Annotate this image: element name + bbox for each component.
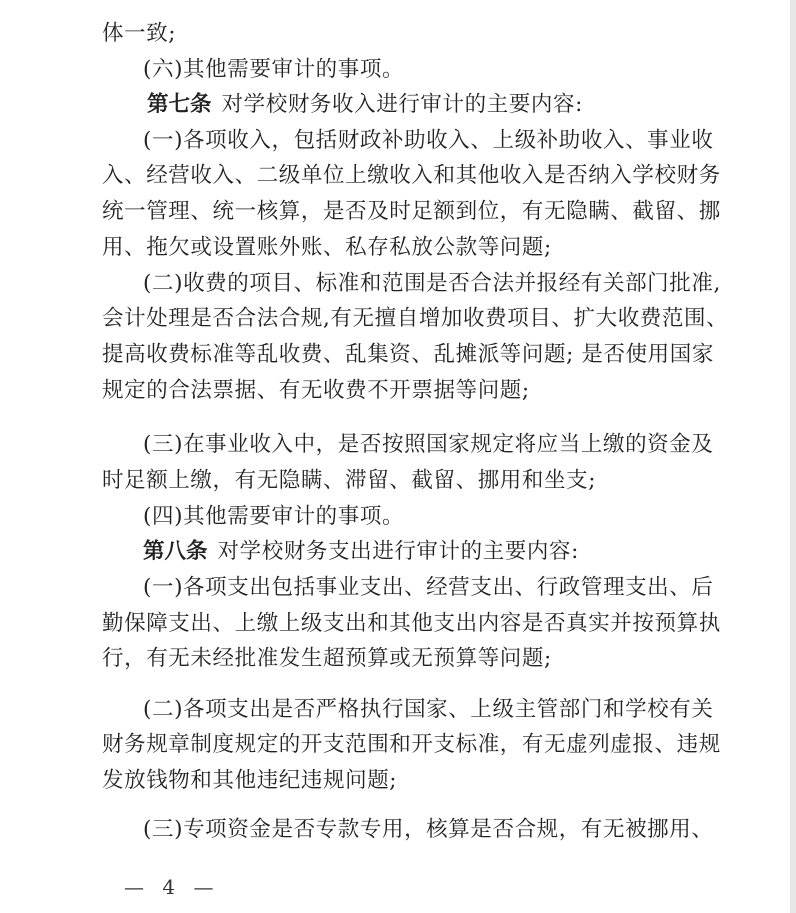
text-line: (二)收费的项目、标准和范围是否合法并报经有关部门批准,: [143, 266, 743, 302]
text-line: 勤保障支出、上缴上级支出和其他支出内容是否真实并按预算执: [102, 606, 702, 642]
text-line: (二)各项支出是否严格执行国家、上级主管部门和学校有关: [143, 692, 743, 728]
page-edge: [790, 0, 796, 913]
text-line: 时足额上缴，有无隐瞒、滞留、截留、挪用和坐支;: [102, 463, 702, 499]
article-title: 对学校财务支出进行审计的主要内容:: [218, 539, 579, 564]
article-title: 对学校财务收入进行审计的主要内容:: [222, 92, 583, 117]
text-line: (三)在事业收入中，是否按照国家规定将应当上缴的资金及: [143, 427, 743, 463]
article-heading: 第八条对学校财务支出进行审计的主要内容:: [143, 534, 743, 570]
text-line: (一)各项支出包括事业支出、经营支出、行政管理支出、后: [143, 570, 743, 606]
document-page: 体一致; (六)其他需要审计的事项。 第七条对学校财务收入进行审计的主要内容: …: [0, 0, 790, 913]
text-line: 财务规章制度规定的开支范围和开支标准，有无虚列虚报、违规: [102, 727, 702, 763]
text-line: 发放钱物和其他违纪违规问题;: [102, 763, 702, 799]
text-line: 入、经营收入、二级单位上缴收入和其他收入是否纳入学校财务: [102, 158, 702, 194]
text-line: (四)其他需要审计的事项。: [143, 499, 743, 535]
page-number: — 4 —: [124, 872, 219, 902]
text-line: (六)其他需要审计的事项。: [143, 52, 743, 88]
text-line: (三)专项资金是否专款专用，核算是否合规，有无被挪用、: [143, 812, 743, 848]
article-number: 第八条: [143, 539, 208, 564]
text-line: 规定的合法票据、有无收费不开票据等问题;: [102, 373, 702, 409]
text-line: 提高收费标准等乱收费、乱集资、乱摊派等问题; 是否使用国家: [102, 337, 702, 373]
text-line: 会计处理是否合法合规,有无擅自增加收费项目、扩大收费范围、: [102, 301, 702, 337]
text-line: 行，有无未经批准发生超预算或无预算等问题;: [102, 641, 702, 677]
text-line: (一)各项收入，包括财政补助收入、上级补助收入、事业收: [143, 123, 743, 159]
article-number: 第七条: [147, 92, 212, 117]
text-line: 用、拖欠或设置账外账、私存私放公款等问题;: [102, 230, 702, 266]
text-line: 统一管理、统一核算，是否及时足额到位，有无隐瞒、截留、挪: [102, 194, 702, 230]
article-heading: 第七条对学校财务收入进行审计的主要内容:: [147, 87, 747, 123]
text-line: 体一致;: [102, 16, 702, 52]
